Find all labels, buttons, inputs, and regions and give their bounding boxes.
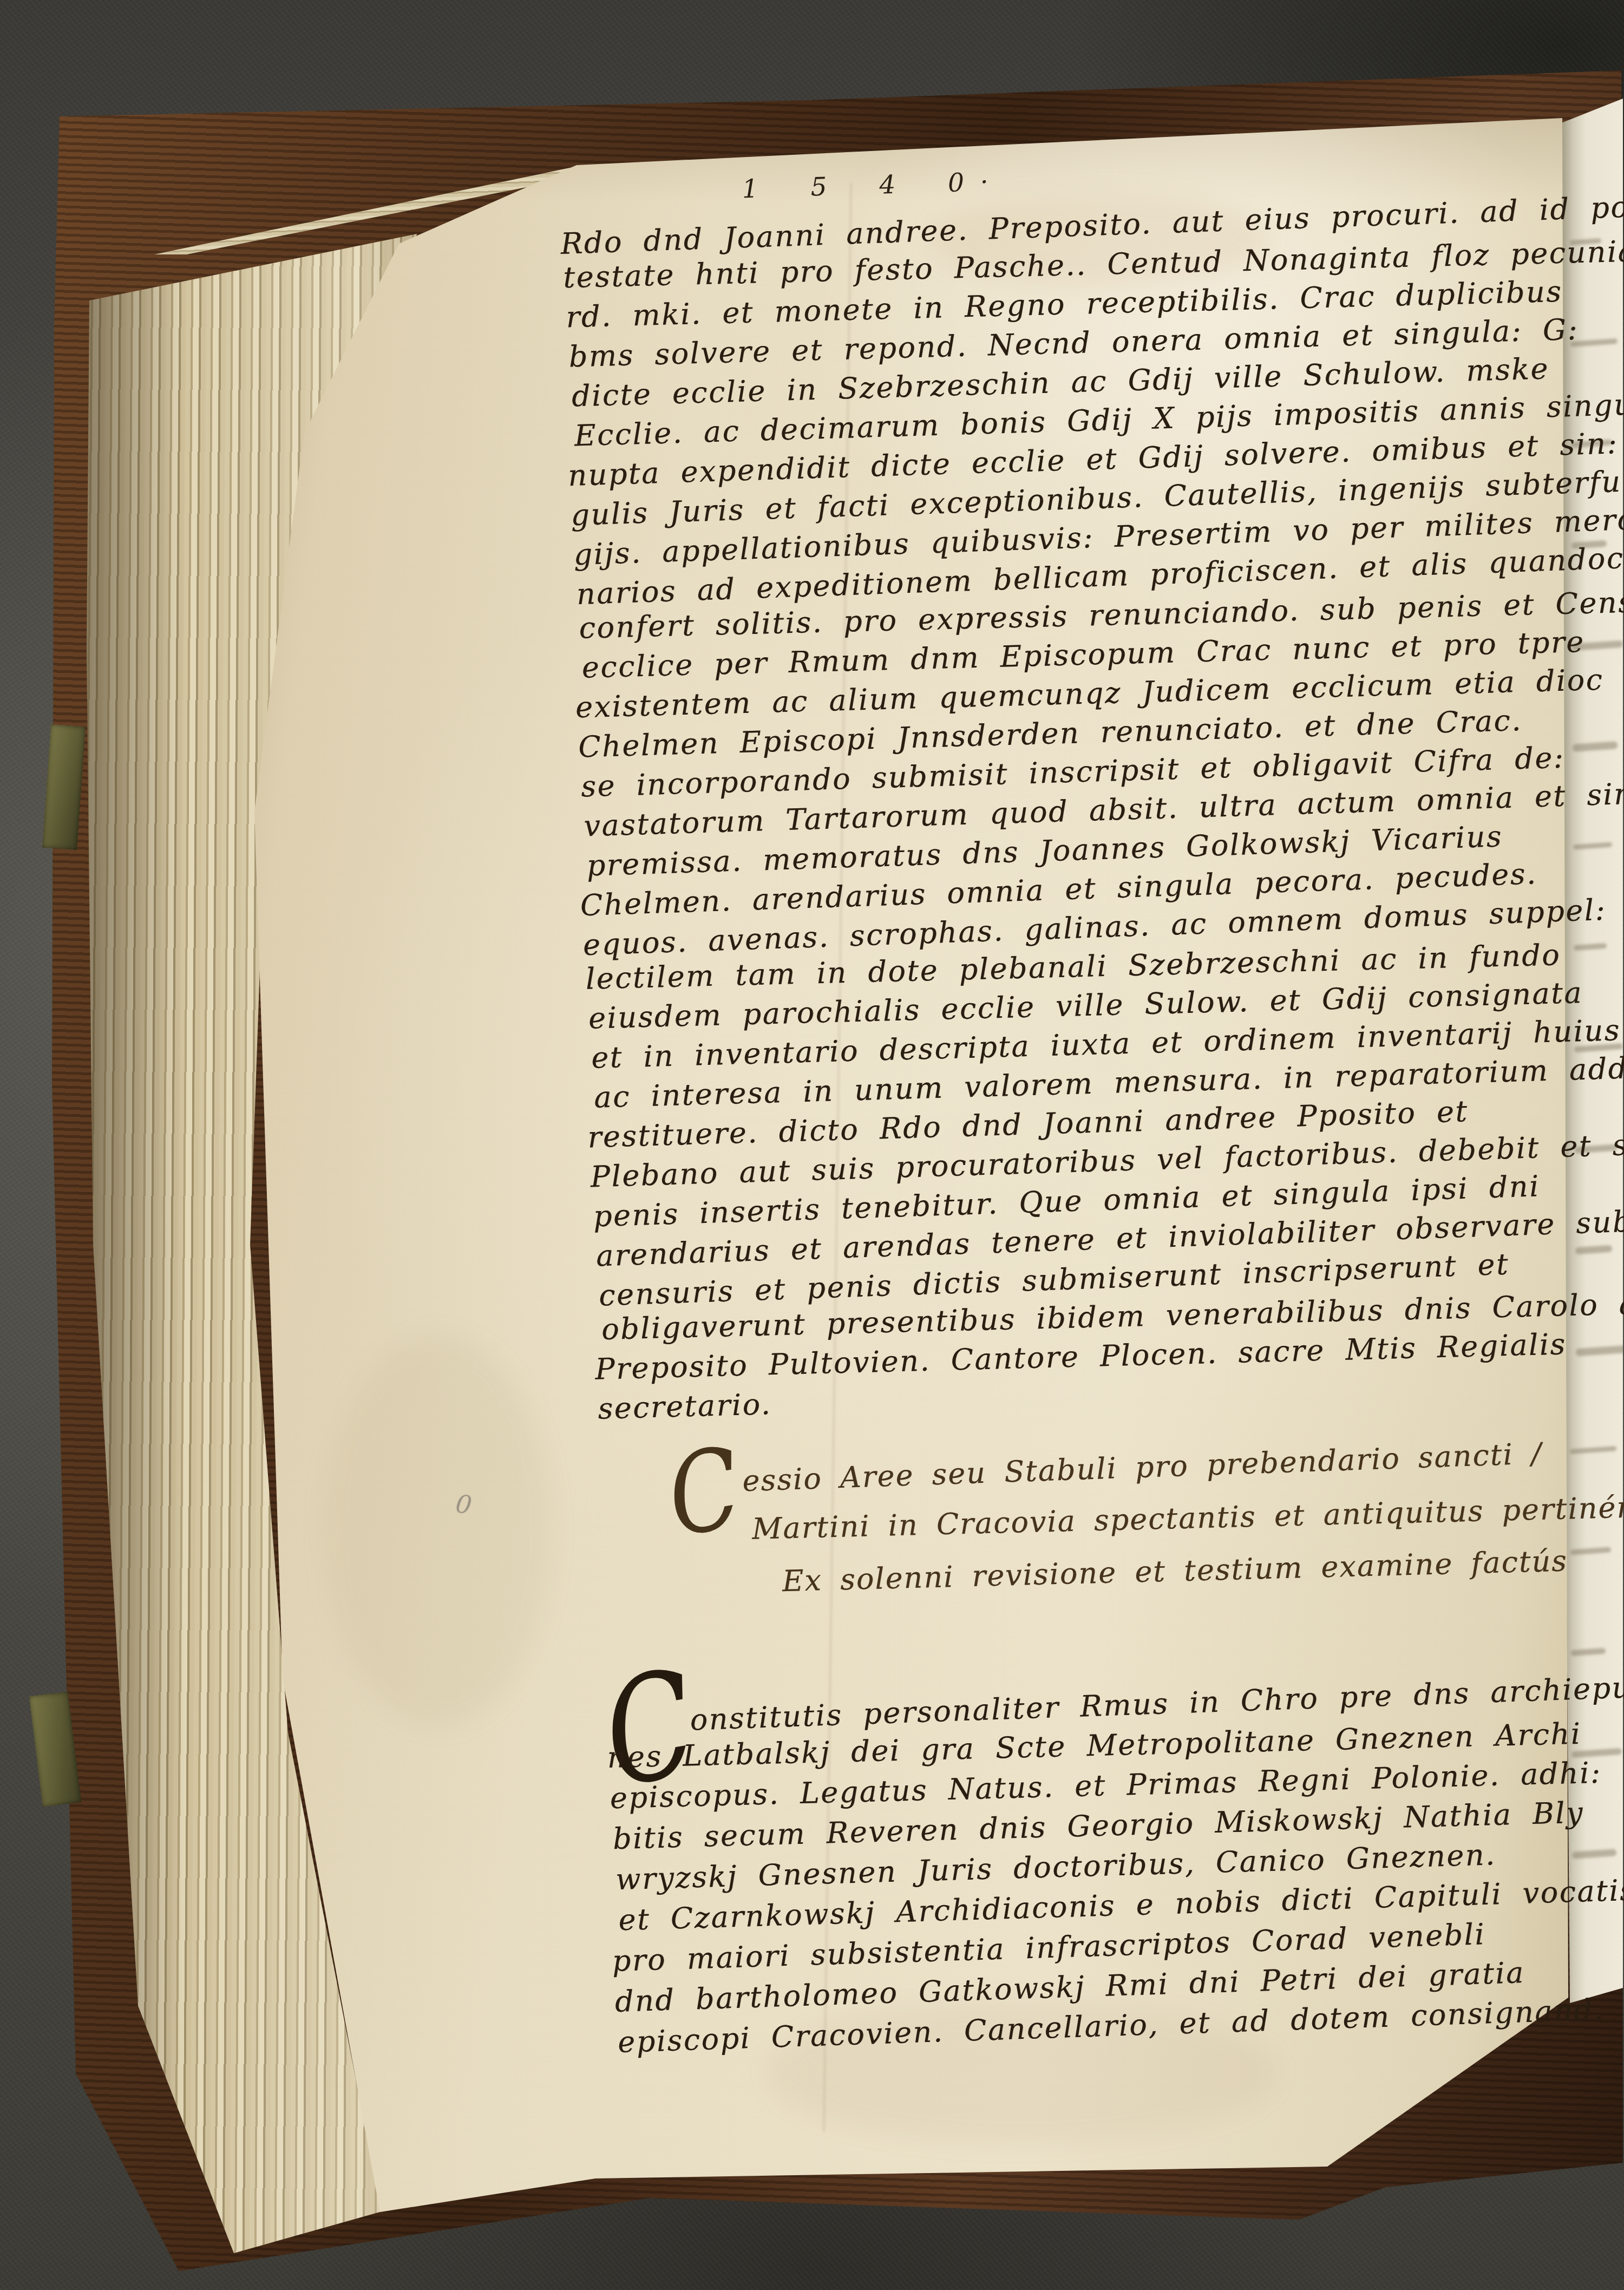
entry-text-block: Rdo dnd Joanni andree. Preposito. aut ei… [564,192,1624,1430]
heading-initial-letter: C [662,1433,748,1553]
section-heading: C essio Aree seu Stabuli pro prebendario… [682,1426,1624,1612]
paper-stain [325,1336,552,1726]
second-text-block: C onstitutis personaliter Rmus in Chro p… [608,1670,1624,2060]
section-heading-lines: essio Aree seu Stabuli pro prebendario s… [682,1426,1624,1612]
page-content: 1 5 4 0· Rdo dnd Joanni andree. Preposit… [563,149,1624,2139]
second-block-lines: onstitutis personaliter Rmus in Chro pre… [608,1670,1624,2060]
manuscript-photo-scene: 1 5 4 0· Rdo dnd Joanni andree. Preposit… [0,0,1624,2290]
